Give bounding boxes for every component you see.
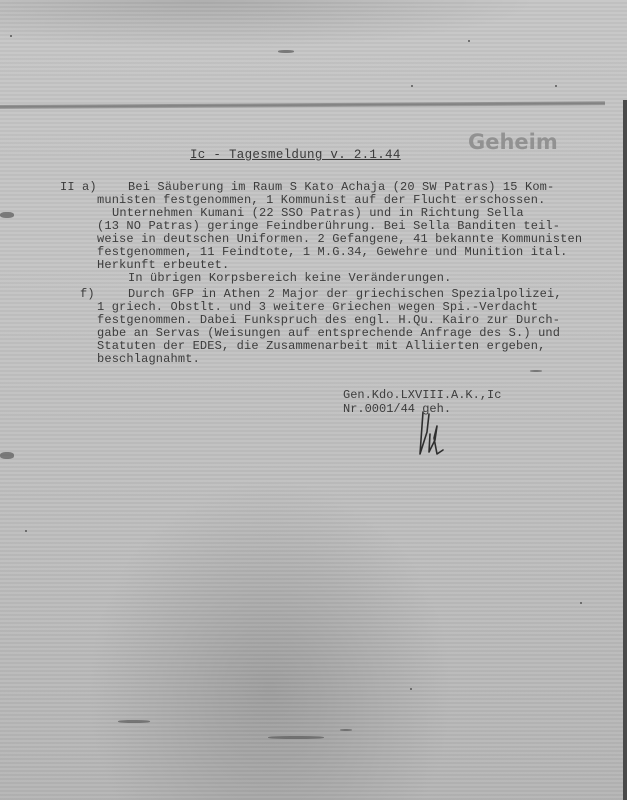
report-line: Durch GFP in Athen 2 Major der griechisc… — [128, 287, 562, 301]
handwritten-signature — [415, 410, 455, 460]
section-label-a: II a) — [60, 180, 97, 194]
report-line: (13 NO Patras) geringe Feindberührung. B… — [97, 219, 560, 233]
scan-speck — [555, 85, 557, 87]
report-line: Bei Säuberung im Raum S Kato Achaja (20 … — [128, 180, 554, 194]
scan-speck — [10, 35, 12, 37]
report-line: beschlagnahmt. — [97, 352, 200, 366]
page-edge-shadow — [623, 100, 627, 800]
scan-speck — [411, 85, 413, 87]
scan-smudge — [268, 736, 324, 739]
fold-line — [0, 101, 605, 109]
report-line: 1 griech. Obstlt. und 3 weitere Griechen… — [97, 300, 538, 314]
report-line: weise in deutschen Uniformen. 2 Gefangen… — [97, 232, 582, 246]
document-title: Ic - Tagesmeldung v. 2.1.44 — [190, 148, 401, 162]
scan-smudge — [530, 370, 542, 372]
report-line: festgenommen. Dabei Funkspruch des engl.… — [97, 313, 560, 327]
scanned-document-page: Geheim Ic - Tagesmeldung v. 2.1.44 II a)… — [0, 0, 627, 800]
scan-smudge — [0, 452, 14, 459]
report-line: Herkunft erbeutet. — [97, 258, 229, 272]
scan-smudge — [278, 50, 294, 53]
scan-speck — [580, 602, 582, 604]
report-line: In übrigen Korpsbereich keine Veränderun… — [128, 271, 451, 285]
report-line: munisten festgenommen, 1 Kommunist auf d… — [97, 193, 545, 207]
scan-speck — [468, 40, 470, 42]
report-line: Statuten der EDES, die Zusammenarbeit mi… — [97, 339, 545, 353]
scan-smudge — [340, 729, 352, 731]
section-label-f: f) — [80, 287, 95, 301]
report-line: festgenommen, 11 Feindtote, 1 M.G.34, Ge… — [97, 245, 567, 259]
report-line: Unternehmen Kumani (22 SSO Patras) und i… — [112, 206, 524, 220]
scan-speck — [410, 688, 412, 690]
scan-smudge — [0, 212, 14, 218]
sender-unit: Gen.Kdo.LXVIII.A.K.,Ic — [343, 388, 501, 402]
classification-stamp: Geheim — [468, 130, 558, 154]
scan-speck — [25, 530, 27, 532]
scan-smudge — [118, 720, 150, 723]
report-line: gabe an Servas (Weisungen auf entspreche… — [97, 326, 560, 340]
